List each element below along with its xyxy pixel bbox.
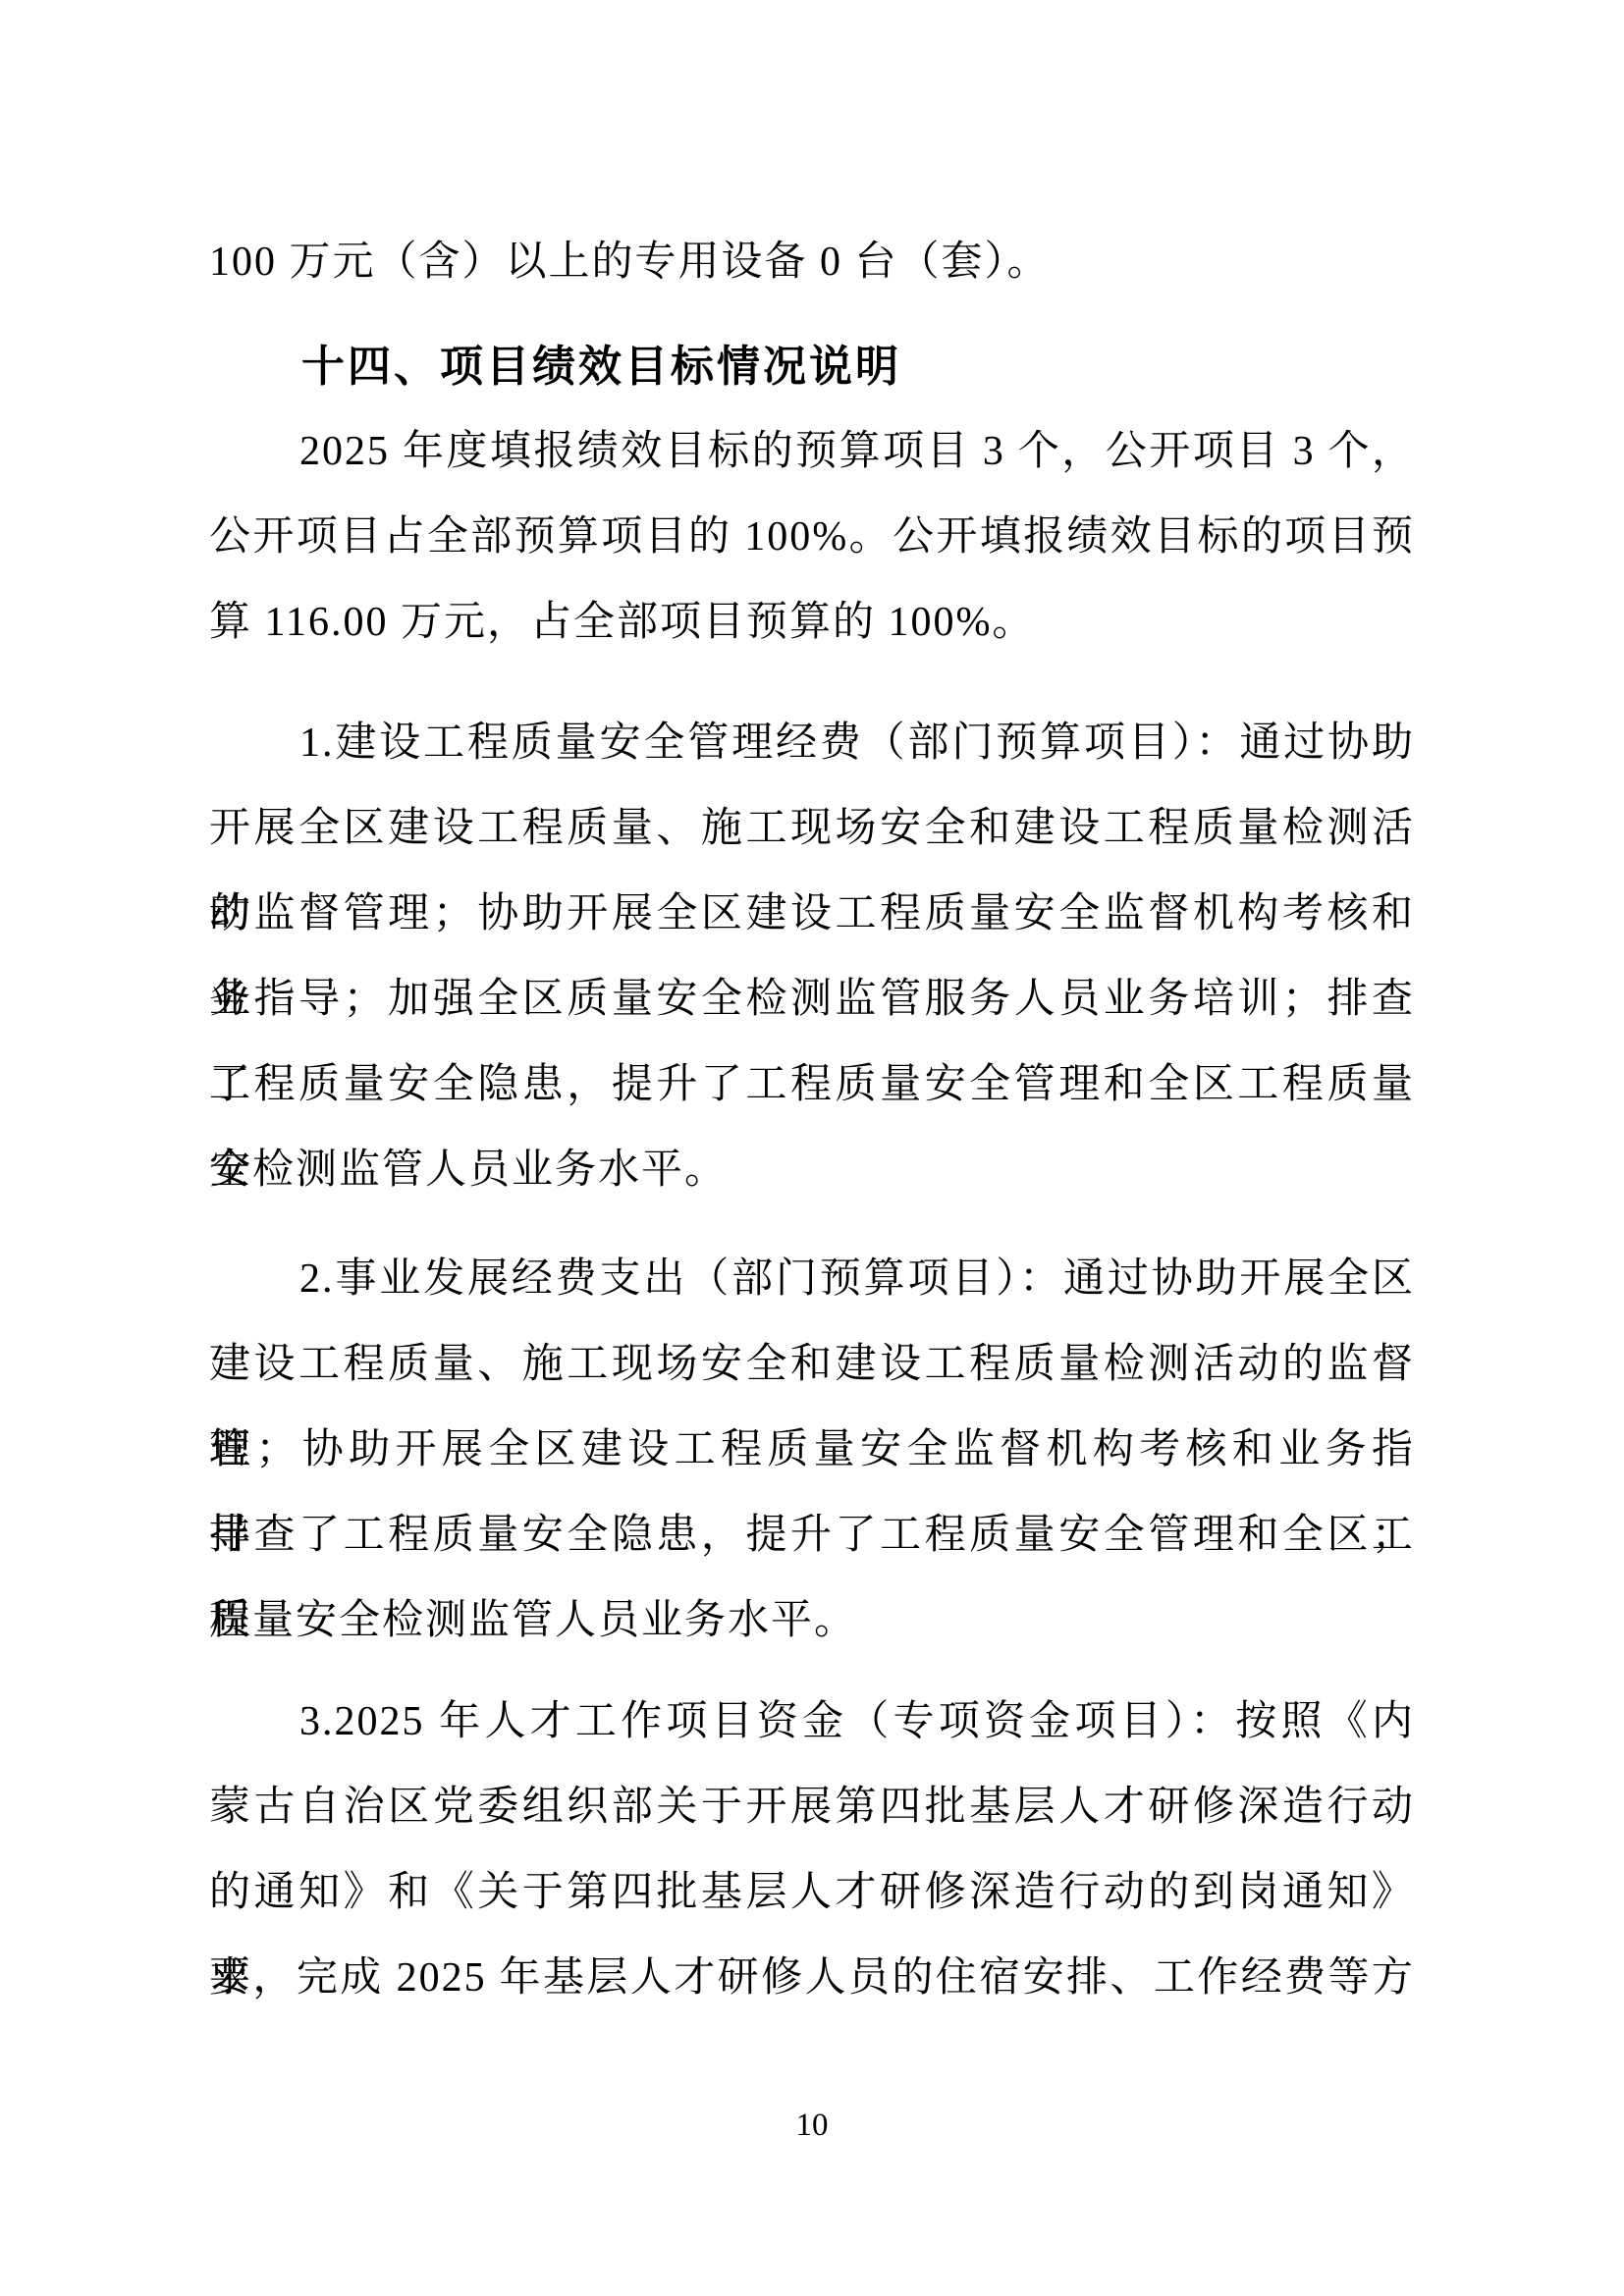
text-line: 3.2025 年人才工作项目资金（专项资金项目）：按照《内 — [209, 1680, 1415, 1765]
text-line: 2025 年度填报绩效目标的预算项目 3 个，公开项目 3 个， — [209, 409, 1415, 495]
text-line: 公开项目占全部预算项目的 100%。公开填报绩效目标的项目预 — [209, 495, 1415, 580]
text-line: 求，完成 2025 年基层人才研修人员的住宿安排、工作经费等方 — [209, 1936, 1415, 2021]
text-line: 质量安全检测监管人员业务水平。 — [209, 1578, 1415, 1664]
text-line: 全检测监管人员业务水平。 — [209, 1128, 1415, 1213]
text-line: 2.事业发展经费支出（部门预算项目）：通过协助开展全区 — [209, 1237, 1415, 1322]
paragraph-item3: 3.2025 年人才工作项目资金（专项资金项目）：按照《内 蒙古自治区党委组织部… — [209, 1680, 1415, 2021]
text-line: 务指导；加强全区质量安全检测监管服务人员业务培训；排查了 — [209, 957, 1415, 1042]
section-heading: 十四、项目绩效目标情况说明 — [209, 324, 1415, 409]
text-block: 100 万元（含）以上的专用设备 0 台（套）。 十四、项目绩效目标情况说明 2… — [209, 220, 1415, 2021]
paragraph-item2: 2.事业发展经费支出（部门预算项目）：通过协助开展全区 建设工程质量、施工现场安… — [209, 1237, 1415, 1664]
text-line: 蒙古自治区党委组织部关于开展第四批基层人才研修深造行动 — [209, 1765, 1415, 1850]
text-line: 理；协助开展全区建设工程质量安全监督机构考核和业务指导； — [209, 1408, 1415, 1493]
page-number: 10 — [209, 2104, 1415, 2147]
paragraph-item1: 1.建设工程质量安全管理经费（部门预算项目）：通过协助 开展全区建设工程质量、施… — [209, 701, 1415, 1213]
text-line: 的通知》和《关于第四批基层人才研修深造行动的到岗通知》要 — [209, 1850, 1415, 1936]
text-line: 建设工程质量、施工现场安全和建设工程质量检测活动的监督管 — [209, 1322, 1415, 1408]
text-line: 工程质量安全隐患，提升了工程质量安全管理和全区工程质量安 — [209, 1042, 1415, 1128]
text-line: 的监督管理；协助开展全区建设工程质量安全监督机构考核和业 — [209, 872, 1415, 957]
document-page: 100 万元（含）以上的专用设备 0 台（套）。 十四、项目绩效目标情况说明 2… — [0, 0, 1624, 2296]
text-line: 1.建设工程质量安全管理经费（部门预算项目）：通过协助 — [209, 701, 1415, 786]
text-line: 100 万元（含）以上的专用设备 0 台（套）。 — [209, 220, 1415, 305]
paragraph-summary: 2025 年度填报绩效目标的预算项目 3 个，公开项目 3 个， 公开项目占全部… — [209, 409, 1415, 666]
text-line: 排查了工程质量安全隐患，提升了工程质量安全管理和全区工程 — [209, 1493, 1415, 1578]
text-line: 开展全区建设工程质量、施工现场安全和建设工程质量检测活动 — [209, 786, 1415, 872]
text-line: 算 116.00 万元，占全部项目预算的 100%。 — [209, 580, 1415, 666]
